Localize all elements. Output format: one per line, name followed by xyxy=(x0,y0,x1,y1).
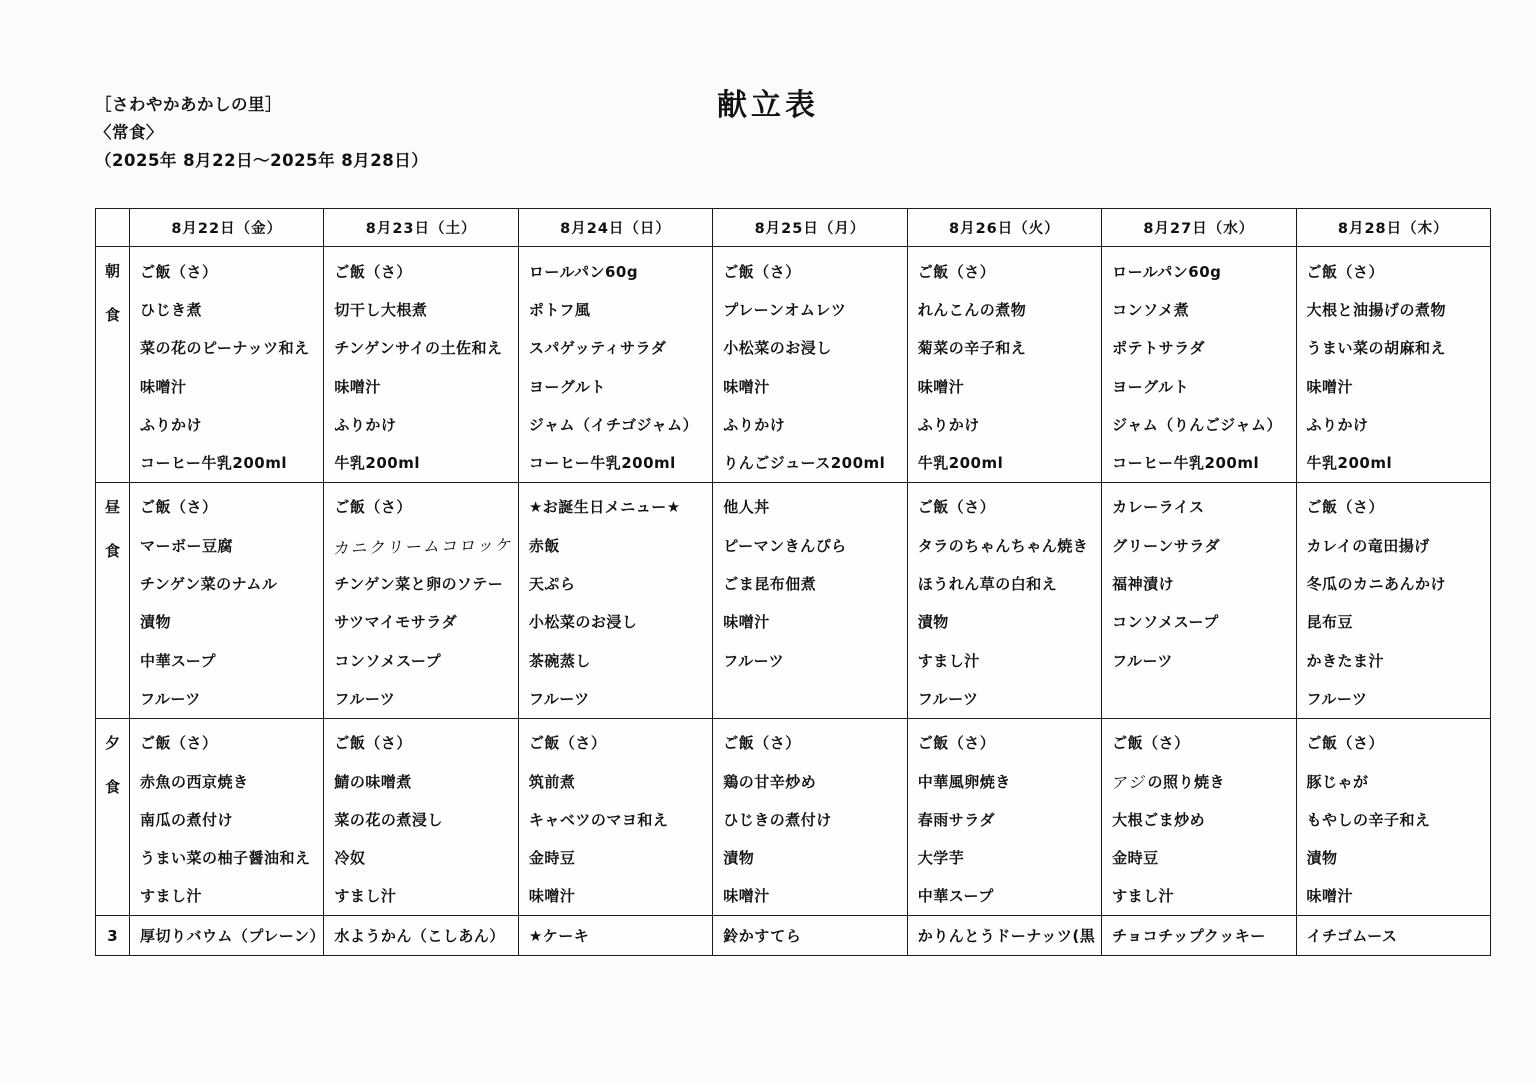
menu-item: フルーツ xyxy=(1112,641,1291,679)
menu-cell-lunch-wed: カレーライスグリーンサラダ福神漬けコンソメスープフルーツ xyxy=(1102,482,1296,718)
menu-item: 味噌汁 xyxy=(918,367,1097,405)
menu-item: フルーツ xyxy=(334,679,513,717)
handwritten-text: カニクリームコロッケ xyxy=(334,532,513,559)
menu-cell-dinner-fri: ご飯（さ）赤魚の西京焼き南瓜の煮付けうまい菜の柚子醤油和えすまし汁 xyxy=(130,718,324,915)
menu-item: ピーマンきんぴら xyxy=(723,526,902,564)
menu-item: カレイの竜田揚げ xyxy=(1307,526,1486,564)
menu-item: ごま昆布佃煮 xyxy=(723,564,902,602)
menu-item: 福神漬け xyxy=(1112,564,1291,602)
day-header-thu: 8月28日（木） xyxy=(1296,209,1490,247)
menu-item: カニクリームコロッケ xyxy=(334,526,513,564)
menu-item: かりんとうドーナッツ(黒 xyxy=(918,925,1097,946)
menu-item: 漬物 xyxy=(1307,838,1486,876)
meal-label-char: 食 xyxy=(96,780,129,795)
menu-item: コーヒー牛乳200ml xyxy=(529,443,708,481)
menu-item: 小松菜のお浸し xyxy=(529,603,708,641)
menu-item: タラのちゃんちゃん焼き xyxy=(918,526,1097,564)
menu-cell-breakfast-mon: ご飯（さ）プレーンオムレツ小松菜のお浸し味噌汁ふりかけりんごジュース200ml xyxy=(713,247,907,483)
menu-item: 漬物 xyxy=(723,838,902,876)
menu-item: 中華風卵焼き xyxy=(918,762,1097,800)
menu-item: ロールパン60g xyxy=(1112,252,1291,290)
meal-label-char: 食 xyxy=(96,308,129,323)
day-header-fri: 8月22日（金） xyxy=(130,209,324,247)
menu-item: 金時豆 xyxy=(529,838,708,876)
menu-item: すまし汁 xyxy=(140,877,319,915)
menu-item: ほうれん草の白和え xyxy=(918,564,1097,602)
meal-row-label-dinner: 夕食 xyxy=(96,718,130,915)
menu-item: ★お誕生日メニュー★ xyxy=(529,488,708,526)
menu-item: 小松菜のお浸し xyxy=(723,329,902,367)
dinner-row: 夕食 ご飯（さ）赤魚の西京焼き南瓜の煮付けうまい菜の柚子醤油和えすまし汁 ご飯（… xyxy=(96,718,1491,915)
day-header-tue: 8月26日（火） xyxy=(907,209,1101,247)
menu-cell-snack-tue: かりんとうドーナッツ(黒 xyxy=(907,916,1101,956)
menu-item: 筑前煮 xyxy=(529,762,708,800)
menu-item: すまし汁 xyxy=(1112,877,1291,915)
menu-item: すまし汁 xyxy=(334,877,513,915)
menu-item: グリーンサラダ xyxy=(1112,526,1291,564)
menu-item: もやしの辛子和え xyxy=(1307,800,1486,838)
menu-item: 味噌汁 xyxy=(140,367,319,405)
menu-item: プレーンオムレツ xyxy=(723,290,902,328)
menu-item: 豚じゃが xyxy=(1307,762,1486,800)
menu-item: ご飯（さ） xyxy=(723,252,902,290)
menu-item: ご飯（さ） xyxy=(918,488,1097,526)
menu-item: 漬物 xyxy=(918,603,1097,641)
menu-item: 菜の花のピーナッツ和え xyxy=(140,329,319,367)
menu-item: 赤魚の西京焼き xyxy=(140,762,319,800)
menu-item: ★ケーキ xyxy=(529,925,708,946)
menu-item: かきたま汁 xyxy=(1307,641,1486,679)
menu-item: 他人丼 xyxy=(723,488,902,526)
menu-cell-dinner-thu: ご飯（さ）豚じゃがもやしの辛子和え漬物味噌汁 xyxy=(1296,718,1490,915)
doc-header: ［さわやかあかしの里］ 〈常食〉 （2025年 8月22日～2025年 8月28… xyxy=(95,96,428,180)
menu-item: ご飯（さ） xyxy=(1307,724,1486,762)
menu-item: コンソメ煮 xyxy=(1112,290,1291,328)
menu-item: ご飯（さ） xyxy=(1307,252,1486,290)
menu-item: ご飯（さ） xyxy=(1112,724,1291,762)
menu-item: スパゲッティサラダ xyxy=(529,329,708,367)
menu-item: 味噌汁 xyxy=(723,877,902,915)
menu-item: ヨーグルト xyxy=(1112,367,1291,405)
menu-item: ご飯（さ） xyxy=(140,488,319,526)
lunch-row: 昼食 ご飯（さ）マーボー豆腐チンゲン菜のナムル漬物中華スープフルーツ ご飯（さ）… xyxy=(96,482,1491,718)
menu-item: チンゲン菜のナムル xyxy=(140,564,319,602)
menu-cell-lunch-sun: ★お誕生日メニュー★赤飯天ぷら小松菜のお浸し茶碗蒸しフルーツ xyxy=(518,482,712,718)
day-header-mon: 8月25日（月） xyxy=(713,209,907,247)
menu-item: マーボー豆腐 xyxy=(140,526,319,564)
menu-cell-snack-mon: 鈴かすてら xyxy=(713,916,907,956)
menu-cell-lunch-thu: ご飯（さ）カレイの竜田揚げ冬瓜のカニあんかけ昆布豆かきたま汁フルーツ xyxy=(1296,482,1490,718)
menu-cell-dinner-sun: ご飯（さ）筑前煮キャベツのマヨ和え金時豆味噌汁 xyxy=(518,718,712,915)
menu-cell-lunch-mon: 他人丼ピーマンきんぴらごま昆布佃煮味噌汁フルーツ xyxy=(713,482,907,718)
menu-item: 春雨サラダ xyxy=(918,800,1097,838)
menu-item: コーヒー牛乳200ml xyxy=(1112,443,1291,481)
day-header-wed: 8月27日（水） xyxy=(1102,209,1296,247)
meal-type-label: 〈常食〉 xyxy=(95,124,428,142)
meal-row-label-lunch: 昼食 xyxy=(96,482,130,718)
menu-table: 8月22日（金） 8月23日（土） 8月24日（日） 8月25日（月） 8月26… xyxy=(95,208,1491,956)
menu-cell-breakfast-sat: ご飯（さ）切干し大根煮チンゲンサイの土佐和え味噌汁ふりかけ牛乳200ml xyxy=(324,247,518,483)
menu-item: 中華スープ xyxy=(918,877,1097,915)
menu-cell-breakfast-thu: ご飯（さ）大根と油揚げの煮物うまい菜の胡麻和え味噌汁ふりかけ牛乳200ml xyxy=(1296,247,1490,483)
menu-item: カレーライス xyxy=(1112,488,1291,526)
snack-row: 3 厚切りバウム（プレーン） 水ようかん（こしあん） ★ケーキ 鈴かすてら かり… xyxy=(96,916,1491,956)
menu-item: 漬物 xyxy=(140,603,319,641)
menu-cell-breakfast-tue: ご飯（さ）れんこんの煮物菊菜の辛子和え味噌汁ふりかけ牛乳200ml xyxy=(907,247,1101,483)
menu-item: 味噌汁 xyxy=(723,367,902,405)
menu-item: チンゲンサイの土佐和え xyxy=(334,329,513,367)
menu-item: 大根ごま炒め xyxy=(1112,800,1291,838)
facility-name: ［さわやかあかしの里］ xyxy=(95,96,428,114)
menu-item: 牛乳200ml xyxy=(918,443,1097,481)
menu-item: ご飯（さ） xyxy=(334,252,513,290)
menu-cell-lunch-fri: ご飯（さ）マーボー豆腐チンゲン菜のナムル漬物中華スープフルーツ xyxy=(130,482,324,718)
day-header-row: 8月22日（金） 8月23日（土） 8月24日（日） 8月25日（月） 8月26… xyxy=(96,209,1491,247)
meal-row-label-breakfast: 朝食 xyxy=(96,247,130,483)
menu-item: フルーツ xyxy=(723,641,902,679)
menu-item: ジャム（りんごジャム） xyxy=(1112,405,1291,443)
menu-item: 茶碗蒸し xyxy=(529,641,708,679)
menu-item: ロールパン60g xyxy=(529,252,708,290)
menu-item: 冬瓜のカニあんかけ xyxy=(1307,564,1486,602)
menu-item: ひじき煮 xyxy=(140,290,319,328)
meal-label-char: 朝 xyxy=(96,264,129,279)
menu-item: ふりかけ xyxy=(334,405,513,443)
menu-item: 牛乳200ml xyxy=(334,443,513,481)
menu-item: ご飯（さ） xyxy=(334,488,513,526)
menu-item: チョコチップクッキー xyxy=(1112,925,1291,946)
menu-cell-snack-wed: チョコチップクッキー xyxy=(1102,916,1296,956)
menu-item: 味噌汁 xyxy=(1307,367,1486,405)
menu-item: 鯖の味噌煮 xyxy=(334,762,513,800)
menu-item: フルーツ xyxy=(918,679,1097,717)
menu-cell-dinner-wed: ご飯（さ）アジの照り焼き大根ごま炒め金時豆すまし汁 xyxy=(1102,718,1296,915)
meal-label-char: 夕 xyxy=(96,736,129,751)
menu-cell-breakfast-fri: ご飯（さ）ひじき煮菜の花のピーナッツ和え味噌汁ふりかけコーヒー牛乳200ml xyxy=(130,247,324,483)
menu-item: ご飯（さ） xyxy=(918,252,1097,290)
menu-item: ふりかけ xyxy=(1307,405,1486,443)
menu-item: アジの照り焼き xyxy=(1112,762,1291,800)
menu-cell-snack-sun: ★ケーキ xyxy=(518,916,712,956)
menu-item: ふりかけ xyxy=(918,405,1097,443)
menu-item: コーヒー牛乳200ml xyxy=(140,443,319,481)
menu-item: 天ぷら xyxy=(529,564,708,602)
menu-item: 中華スープ xyxy=(140,641,319,679)
menu-item: ひじきの煮付け xyxy=(723,800,902,838)
menu-item: 鈴かすてら xyxy=(723,925,902,946)
menu-item: 菊菜の辛子和え xyxy=(918,329,1097,367)
menu-item: ご飯（さ） xyxy=(140,724,319,762)
menu-item: フルーツ xyxy=(529,679,708,717)
menu-cell-snack-fri: 厚切りバウム（プレーン） xyxy=(130,916,324,956)
menu-item: コンソメスープ xyxy=(334,641,513,679)
menu-item: サツマイモサラダ xyxy=(334,603,513,641)
menu-item: 味噌汁 xyxy=(1307,877,1486,915)
menu-item: 鶏の甘辛炒め xyxy=(723,762,902,800)
menu-cell-lunch-sat: ご飯（さ）カニクリームコロッケチンゲン菜と卵のソテーサツマイモサラダコンソメスー… xyxy=(324,482,518,718)
menu-item: れんこんの煮物 xyxy=(918,290,1097,328)
menu-cell-lunch-tue: ご飯（さ）タラのちゃんちゃん焼きほうれん草の白和え漬物すまし汁フルーツ xyxy=(907,482,1101,718)
menu-item: 厚切りバウム（プレーン） xyxy=(140,925,319,946)
menu-cell-breakfast-sun: ロールパン60gポトフ風スパゲッティサラダヨーグルトジャム（イチゴジャム）コーヒ… xyxy=(518,247,712,483)
menu-item: フルーツ xyxy=(1307,679,1486,717)
menu-item: 味噌汁 xyxy=(723,603,902,641)
menu-item: ご飯（さ） xyxy=(1307,488,1486,526)
menu-item: ふりかけ xyxy=(140,405,319,443)
menu-item: フルーツ xyxy=(140,679,319,717)
menu-item: 水ようかん（こしあん） xyxy=(334,925,513,946)
day-header-sun: 8月24日（日） xyxy=(518,209,712,247)
menu-item: 牛乳200ml xyxy=(1307,443,1486,481)
breakfast-row: 朝食 ご飯（さ）ひじき煮菜の花のピーナッツ和え味噌汁ふりかけコーヒー牛乳200m… xyxy=(96,247,1491,483)
meal-label-char: 昼 xyxy=(96,500,129,515)
menu-item: 大根と油揚げの煮物 xyxy=(1307,290,1486,328)
menu-item: 菜の花の煮浸し xyxy=(334,800,513,838)
menu-item: 味噌汁 xyxy=(334,367,513,405)
corner-cell xyxy=(96,209,130,247)
menu-item: ポテトサラダ xyxy=(1112,329,1291,367)
date-range: （2025年 8月22日～2025年 8月28日） xyxy=(95,152,428,170)
menu-item: ふりかけ xyxy=(723,405,902,443)
menu-item: 金時豆 xyxy=(1112,838,1291,876)
menu-item: 南瓜の煮付け xyxy=(140,800,319,838)
menu-item: ご飯（さ） xyxy=(723,724,902,762)
handwritten-text: アジ xyxy=(1112,769,1149,793)
menu-item: ご飯（さ） xyxy=(529,724,708,762)
menu-item: 味噌汁 xyxy=(529,877,708,915)
menu-cell-snack-sat: 水ようかん（こしあん） xyxy=(324,916,518,956)
menu-item: ヨーグルト xyxy=(529,367,708,405)
menu-item: 切干し大根煮 xyxy=(334,290,513,328)
menu-item: ご飯（さ） xyxy=(140,252,319,290)
menu-sheet: 献立表 ［さわやかあかしの里］ 〈常食〉 （2025年 8月22日～2025年 … xyxy=(0,0,1536,1084)
meal-label-char: 食 xyxy=(96,544,129,559)
menu-item: りんごジュース200ml xyxy=(723,443,902,481)
menu-item: ポトフ風 xyxy=(529,290,708,328)
day-header-sat: 8月23日（土） xyxy=(324,209,518,247)
menu-item: 大学芋 xyxy=(918,838,1097,876)
menu-cell-dinner-tue: ご飯（さ）中華風卵焼き春雨サラダ大学芋中華スープ xyxy=(907,718,1101,915)
menu-item: ジャム（イチゴジャム） xyxy=(529,405,708,443)
menu-item: ご飯（さ） xyxy=(334,724,513,762)
menu-item: コンソメスープ xyxy=(1112,603,1291,641)
menu-item: 昆布豆 xyxy=(1307,603,1486,641)
menu-item: 赤飯 xyxy=(529,526,708,564)
menu-item: 冷奴 xyxy=(334,838,513,876)
meal-row-label-snack: 3 xyxy=(96,916,130,956)
menu-item: イチゴムース xyxy=(1307,925,1486,946)
menu-item: チンゲン菜と卵のソテー xyxy=(334,564,513,602)
menu-cell-dinner-sat: ご飯（さ）鯖の味噌煮菜の花の煮浸し冷奴すまし汁 xyxy=(324,718,518,915)
menu-item: キャベツのマヨ和え xyxy=(529,800,708,838)
menu-item: うまい菜の柚子醤油和え xyxy=(140,838,319,876)
menu-cell-breakfast-wed: ロールパン60gコンソメ煮ポテトサラダヨーグルトジャム（りんごジャム）コーヒー牛… xyxy=(1102,247,1296,483)
menu-item: うまい菜の胡麻和え xyxy=(1307,329,1486,367)
menu-cell-snack-thu: イチゴムース xyxy=(1296,916,1490,956)
menu-item: ご飯（さ） xyxy=(918,724,1097,762)
menu-cell-dinner-mon: ご飯（さ）鶏の甘辛炒めひじきの煮付け漬物味噌汁 xyxy=(713,718,907,915)
menu-item: すまし汁 xyxy=(918,641,1097,679)
